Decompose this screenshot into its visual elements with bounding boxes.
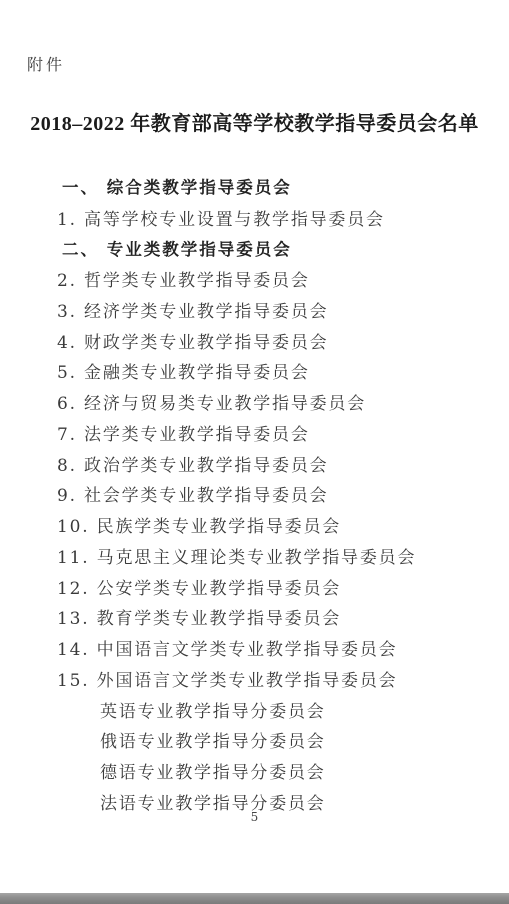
- list-item: 2. 哲学类专业教学指导委员会: [0, 263, 509, 294]
- list-item: 15. 外国语言文学类专业教学指导委员会: [0, 663, 509, 694]
- list-item: 13. 教育学类专业教学指导委员会: [0, 602, 509, 633]
- list-item: 1. 高等学校专业设置与教学指导委员会: [0, 202, 509, 233]
- viewer-bottom-edge: [0, 893, 509, 904]
- list-item: 9. 社会学类专业教学指导委员会: [0, 479, 509, 510]
- section-heading: 一、 综合类教学指导委员会: [0, 171, 509, 202]
- list-item: 4. 财政学类专业教学指导委员会: [0, 325, 509, 356]
- committee-list: 一、 综合类教学指导委员会1. 高等学校专业设置与教学指导委员会二、 专业类教学…: [0, 171, 509, 817]
- list-item: 7. 法学类专业教学指导委员会: [0, 417, 509, 448]
- list-item: 11. 马克思主义理论类专业教学指导委员会: [0, 540, 509, 571]
- list-item: 8. 政治学类专业教学指导委员会: [0, 448, 509, 479]
- section-heading: 二、 专业类教学指导委员会: [0, 233, 509, 264]
- list-item: 6. 经济与贸易类专业教学指导委员会: [0, 386, 509, 417]
- document-title: 2018–2022 年教育部高等学校教学指导委员会名单: [0, 107, 509, 136]
- document-page: 附件 2018–2022 年教育部高等学校教学指导委员会名单 一、 综合类教学指…: [0, 0, 509, 904]
- list-item: 3. 经济学类专业教学指导委员会: [0, 294, 509, 325]
- list-item: 5. 金融类专业教学指导委员会: [0, 356, 509, 387]
- page-number: 5: [0, 810, 509, 824]
- list-item: 德语专业教学指导分委员会: [0, 755, 509, 786]
- attachment-label: 附件: [27, 52, 65, 75]
- list-item: 10. 民族学类专业教学指导委员会: [0, 509, 509, 540]
- list-item: 14. 中国语言文学类专业教学指导委员会: [0, 632, 509, 663]
- list-item: 俄语专业教学指导分委员会: [0, 725, 509, 756]
- list-item: 英语专业教学指导分委员会: [0, 694, 509, 725]
- list-item: 12. 公安学类专业教学指导委员会: [0, 571, 509, 602]
